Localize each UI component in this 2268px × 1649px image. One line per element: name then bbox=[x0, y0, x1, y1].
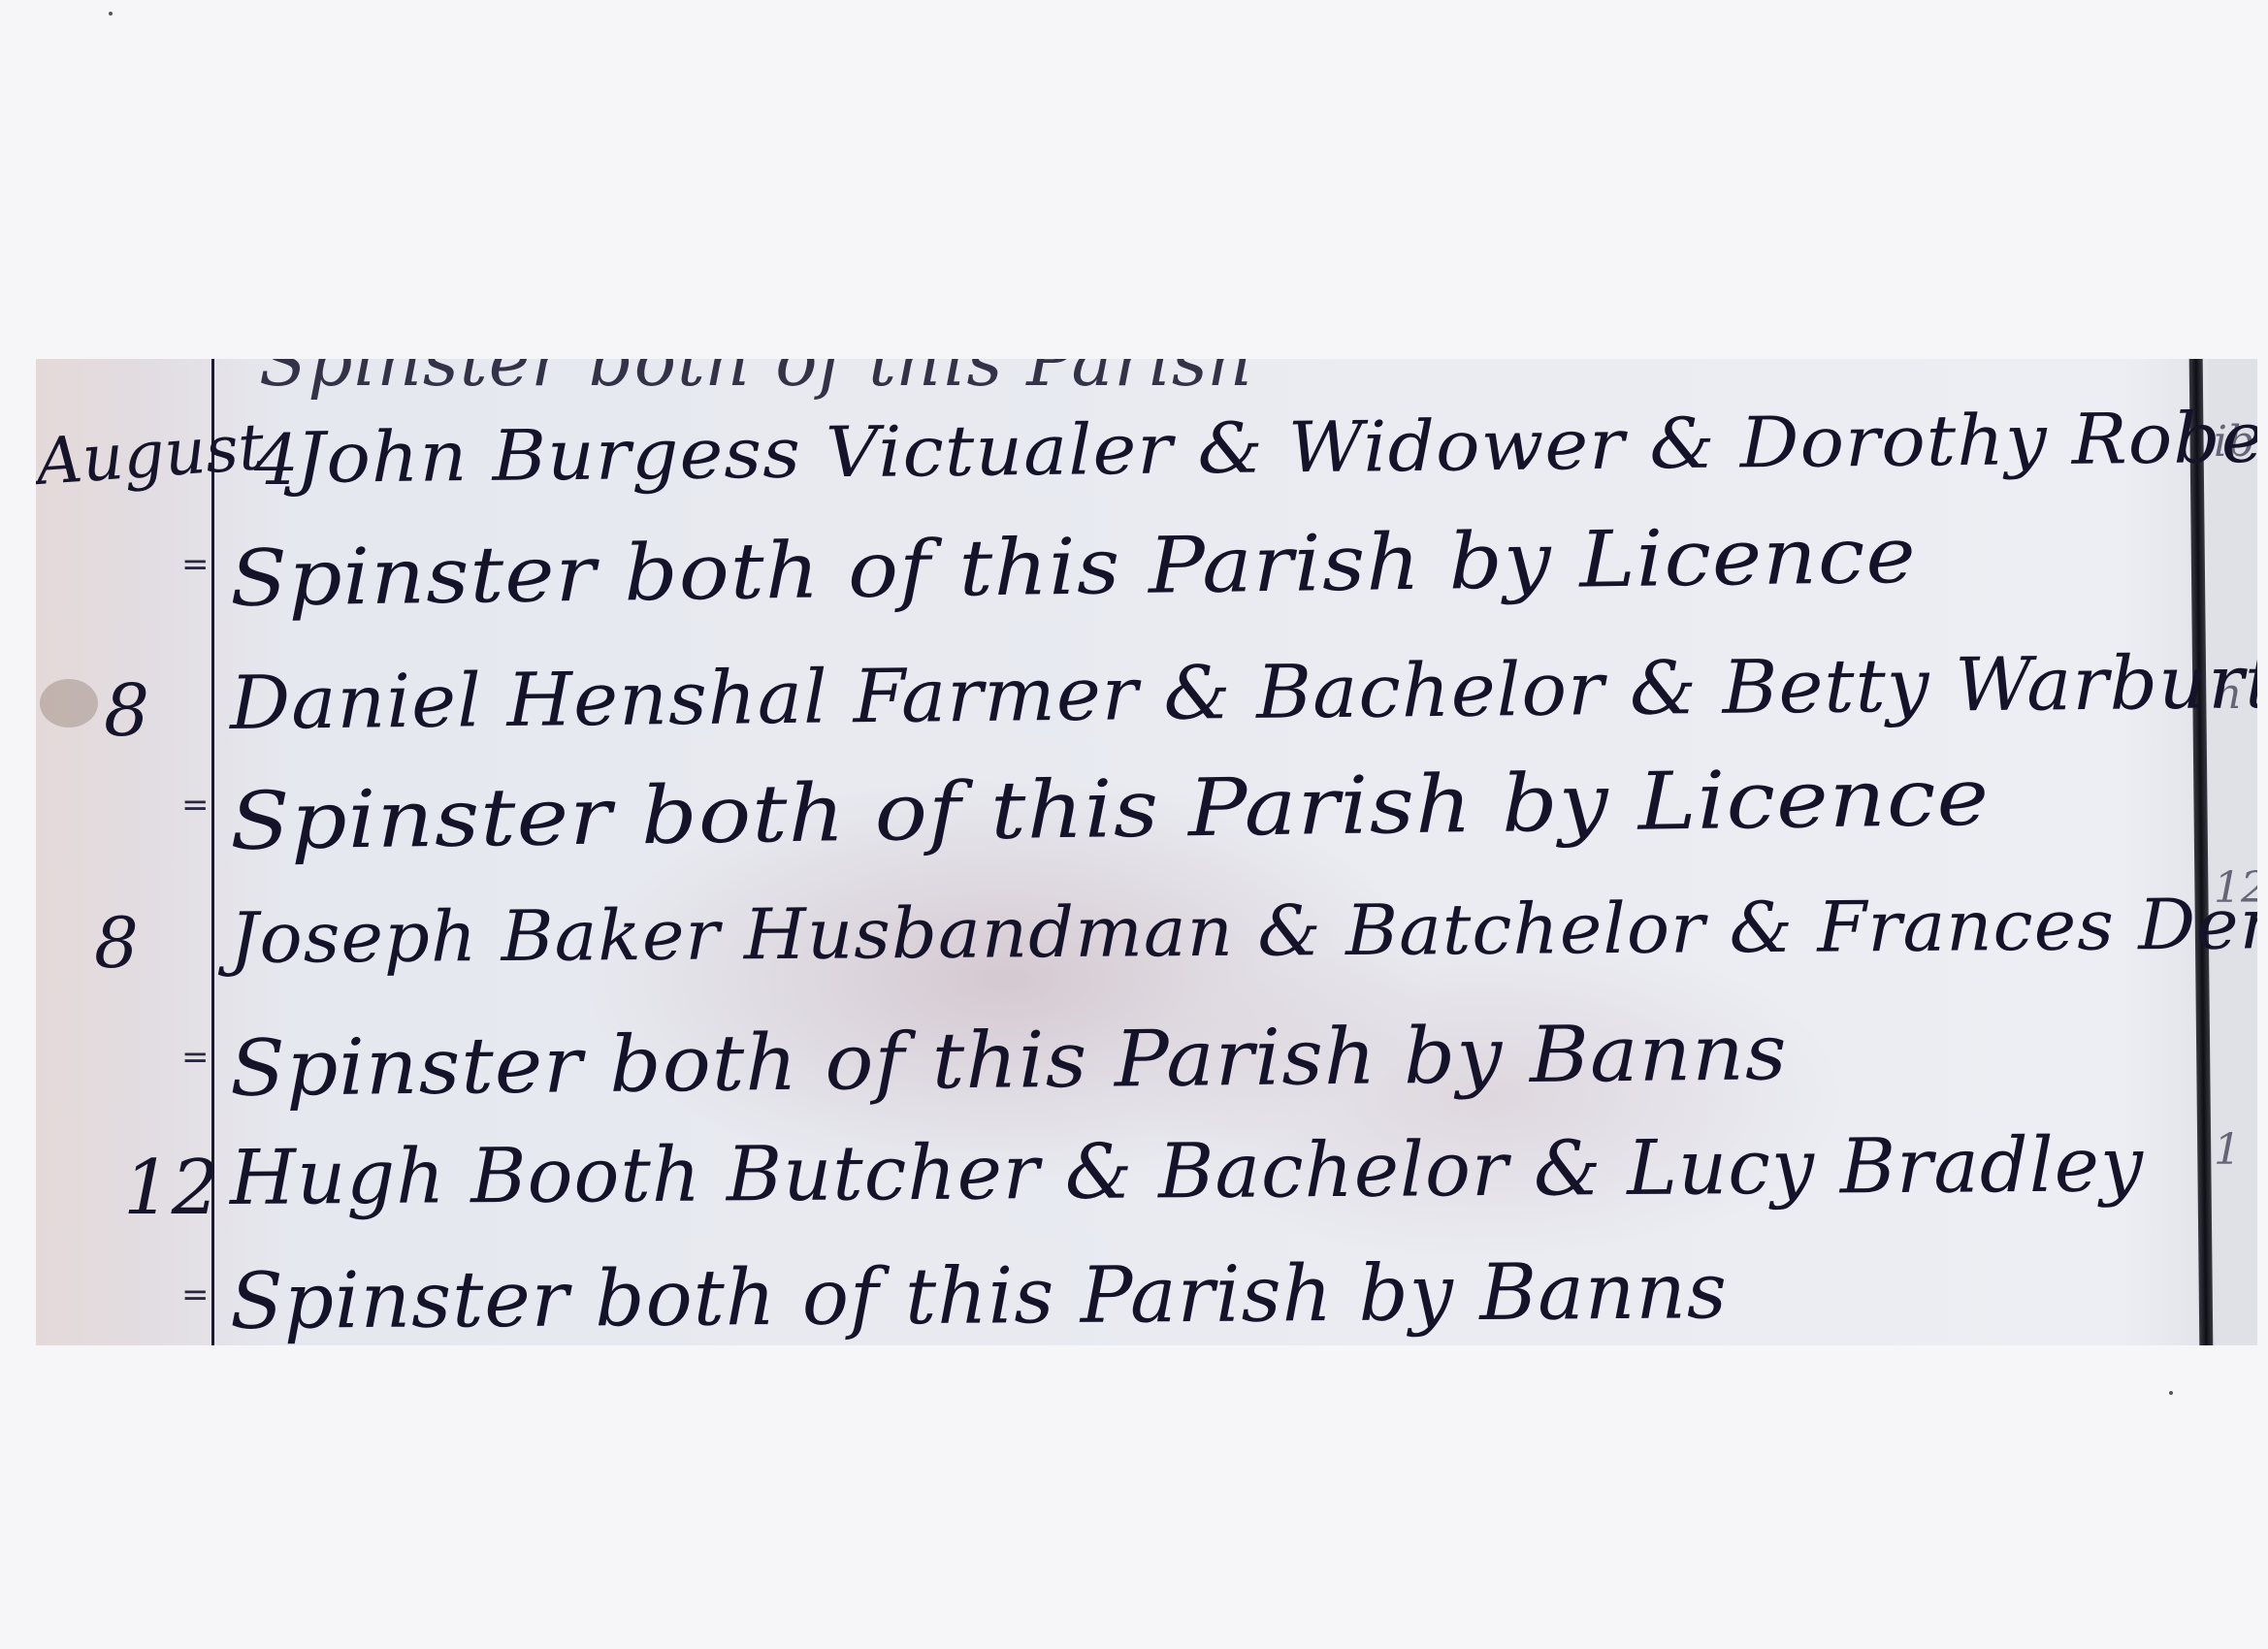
scan-speck bbox=[109, 12, 113, 16]
partial-top-line: Spinster both of this Parish bbox=[259, 359, 1254, 402]
entry-day: 12 bbox=[123, 1145, 219, 1232]
partial-bottom-line: … bbox=[618, 1324, 677, 1345]
scan-speck bbox=[2169, 1391, 2173, 1395]
gutter-mark: 1 bbox=[2214, 1125, 2252, 1175]
entry-day: 8 bbox=[104, 669, 149, 753]
entry-line-parish: Spinster both of this Parish by Banns bbox=[230, 1245, 1729, 1345]
facing-page-edge bbox=[2208, 359, 2257, 1345]
entry-day: 4 bbox=[254, 419, 299, 501]
entry-line-parish: Spinster both of this Parish by Licence bbox=[229, 510, 1917, 624]
ditto-mark: = bbox=[181, 786, 210, 824]
ink-stain bbox=[40, 679, 98, 727]
entry-month: August bbox=[36, 409, 267, 500]
entry-line-names: Daniel Henshal Farmer & Bachelor & Betty… bbox=[230, 637, 2257, 746]
entry-line-names: John Burgess Victualer & Widower & Dorot… bbox=[296, 396, 2257, 499]
entry-line-names: Hugh Booth Butcher & Bachelor & Lucy Bra… bbox=[230, 1121, 2145, 1222]
entry-line-names: Joseph Baker Husbandman & Batchelor & Fr… bbox=[230, 882, 2257, 979]
entry-line-parish: Spinster both of this Parish by Licence bbox=[229, 752, 1990, 868]
ditto-mark: = bbox=[181, 1038, 210, 1077]
entry-day: 8 bbox=[94, 902, 139, 984]
ditto-mark: = bbox=[181, 1276, 210, 1314]
entry-line-parish: Spinster both of this Parish by Banns bbox=[230, 1007, 1789, 1114]
register-photo: ib n 12 1 Spinster both of this Parish A… bbox=[36, 359, 2257, 1345]
ditto-mark: = bbox=[181, 545, 210, 584]
